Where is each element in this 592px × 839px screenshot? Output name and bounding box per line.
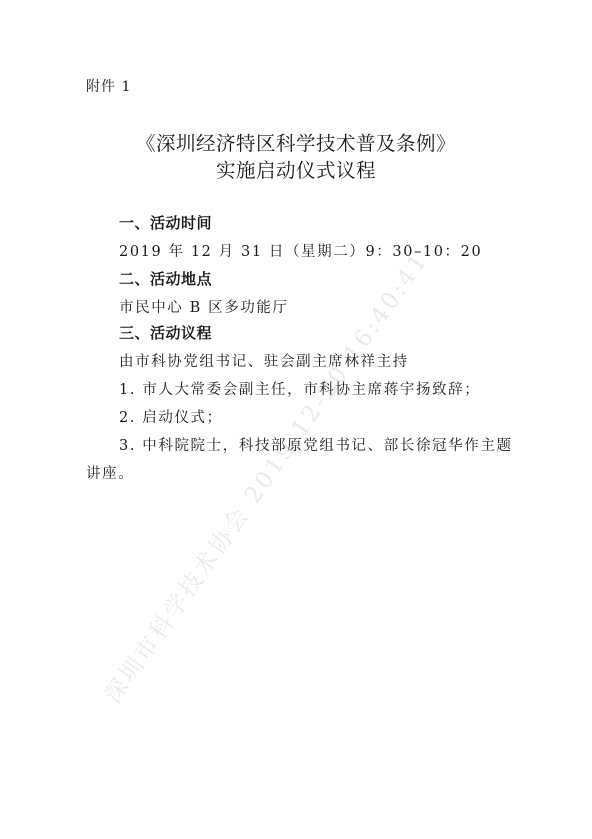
document-title: 《深圳经济特区科学技术普及条例》 xyxy=(0,131,592,157)
document-page: 深圳市科学技术协会 2019-12-20 16:40:41 附件 1 《深圳经济… xyxy=(0,0,592,839)
event-location: 市民中心 B 区多功能厅 xyxy=(119,297,289,319)
agenda-item: 3. 中科院院士，科技部原党组书记、部长徐冠华作主题 xyxy=(119,435,513,457)
attachment-label: 附件 1 xyxy=(86,76,131,96)
agenda-host: 由市科协党组书记、驻会副主席林祥主持 xyxy=(119,351,409,373)
section-heading-location: 二、活动地点 xyxy=(119,268,212,290)
agenda-item-continuation: 讲座。 xyxy=(86,463,134,485)
agenda-item: 1. 市人大常委会副主任，市科协主席蒋宇扬致辞； xyxy=(119,379,480,401)
section-heading-agenda: 三、活动议程 xyxy=(119,322,212,344)
agenda-item: 2. 启动仪式； xyxy=(119,407,223,429)
section-heading-time: 一、活动时间 xyxy=(119,212,212,234)
document-subtitle: 实施启动仪式议程 xyxy=(0,158,592,184)
event-time: 2019 年 12 月 31 日（星期二）9：30–10：20 xyxy=(119,241,482,263)
